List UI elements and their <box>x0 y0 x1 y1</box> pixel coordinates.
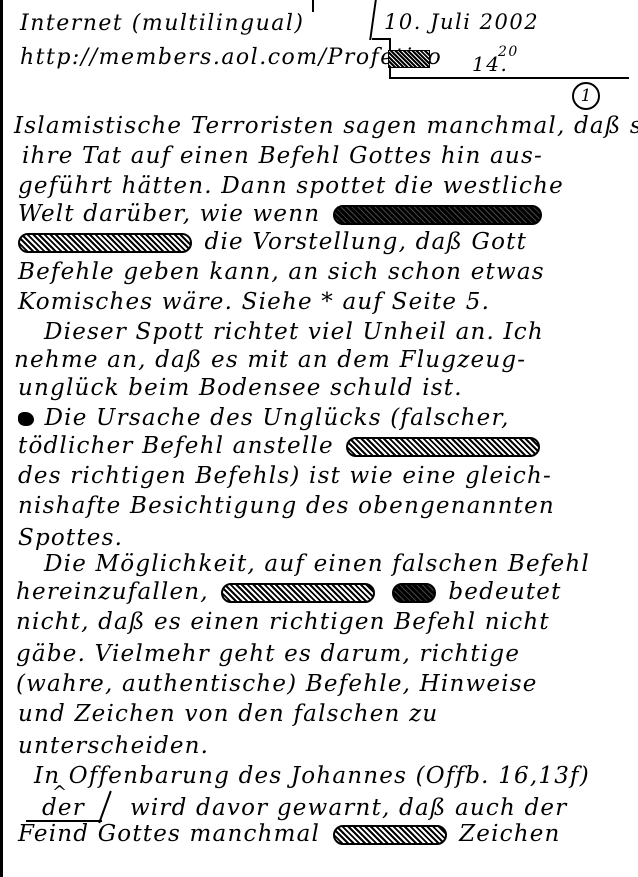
text-line-11: Die Ursache des Unglücks (falscher, <box>18 404 510 432</box>
text-line-24: der wird davor gewarnt, daß auch der <box>42 794 567 822</box>
text-line-9: nehme an, daß es mit an dem Flugzeug- <box>14 346 526 374</box>
text-line-21: und Zeichen von den falschen zu <box>18 700 438 728</box>
text-line-5-post: die Vorstellung, daß Gott <box>205 229 528 255</box>
text-line-10: unglück beim Bodensee schuld ist. <box>18 374 463 402</box>
text-line-18: nicht, daß es einen richtigen Befehl nic… <box>16 608 550 636</box>
time-minute: 20 <box>498 38 519 66</box>
text-line-16: Die Möglichkeit, auf einen falschen Befe… <box>44 550 590 578</box>
redacted-mark <box>388 50 430 68</box>
text-line-20: (wahre, authentische) Befehle, Hinweise <box>16 670 538 698</box>
scanned-handwritten-page: Internet (multilingual) http://members.a… <box>0 0 638 877</box>
text-line-19: gäbe. Vielmehr geht es darum, richtige <box>16 640 520 668</box>
text-line-6: Befehle geben kann, an sich schon etwas <box>18 258 545 286</box>
text-line-4: Welt darüber, wie wenn <box>18 200 546 228</box>
text-line-7: Komisches wäre. Siehe * auf Seite 5. <box>18 288 490 316</box>
text-line-1: Islamistische Terroristen sagen manchmal… <box>14 112 638 140</box>
text-line-5: die Vorstellung, daß Gott <box>14 228 527 256</box>
scan-left-border <box>0 0 3 877</box>
header-source: Internet (multilingual) <box>20 10 305 38</box>
text-line-13: des richtigen Befehls) ist wie eine glei… <box>18 462 552 490</box>
crossed-out-word <box>18 233 192 253</box>
text-line-15: Spottes. <box>18 524 123 552</box>
text-line-4-pre: Welt darüber, wie wenn <box>18 201 320 227</box>
crossed-out-word <box>221 583 375 603</box>
scan-top-mark <box>312 0 314 12</box>
text-line-2: ihre Tat auf einen Befehl Gottes hin aus… <box>22 142 543 170</box>
crossed-out-word <box>346 437 540 457</box>
crossed-out-word <box>333 825 447 845</box>
ink-blot-icon <box>18 412 34 426</box>
text-line-12: tödlicher Befehl anstelle <box>18 432 544 460</box>
date-text: 10. Juli 2002 <box>384 8 539 36</box>
page-number-circle: 1 <box>572 82 600 110</box>
text-line-8: Dieser Spott richtet viel Unheil an. Ich <box>44 318 544 346</box>
text-line-25: Feind Gottes manchmal Zeichen <box>18 820 561 848</box>
text-line-3: geführt hätten. Dann spottet die westlic… <box>18 172 564 200</box>
crossed-out-word <box>392 583 436 603</box>
text-line-14: nishafte Besichtigung des obengenannten <box>18 492 555 520</box>
text-line-17: hereinzufallen, bedeutet <box>16 578 562 606</box>
crossed-out-word <box>333 205 542 225</box>
text-line-23: In Offenbarung des Johannes (Offb. 16,13… <box>34 762 590 790</box>
text-line-22: unterscheiden. <box>18 732 209 760</box>
